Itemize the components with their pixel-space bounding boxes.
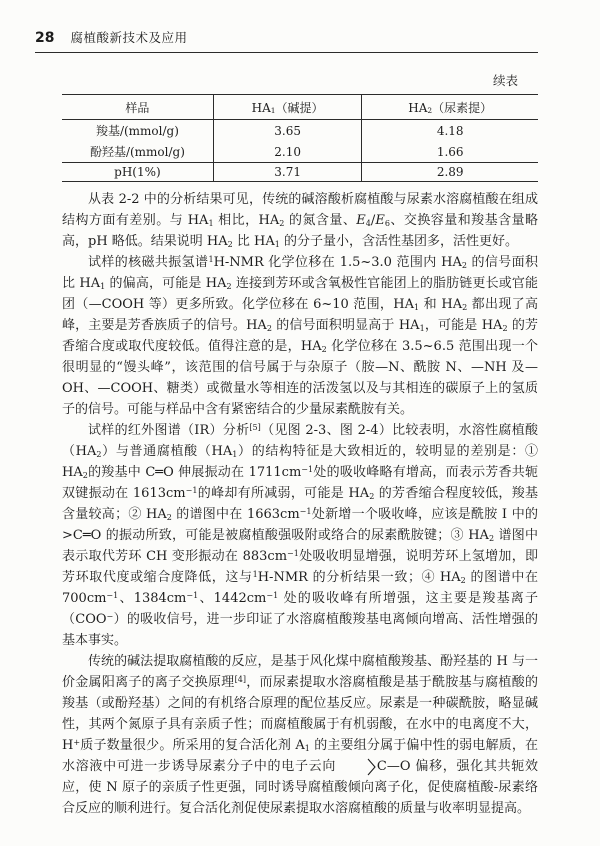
column-header-ha2: HA2（尿素提） [362, 95, 538, 120]
body-text: 从表 2-2 中的分析结果可见，传统的碱溶酸析腐植酸与尿素水溶腐植酸在组成结构方… [62, 189, 538, 819]
paragraph-ir-analysis: 试样的红外图谱（IR）分析[5]（见图 2-3、图 2-4）比较表明，水溶性腐植… [62, 420, 538, 651]
page-header: 28 腐植酸新技术及应用 [35, 28, 538, 53]
table-row-carboxyl: 羧基/(mmol/g) 3.65 4.18 [62, 120, 538, 142]
cell-value: 3.65 [213, 120, 362, 142]
row-label: 羧基/(mmol/g) [62, 120, 213, 142]
row-label: pH(1%) [62, 163, 213, 182]
cell-value: 2.89 [362, 163, 538, 182]
column-header-ha1: HA1（碱提） [213, 95, 362, 120]
row-label: 酚羟基/(mmol/g) [62, 141, 213, 163]
sample-analysis-table: 样品 HA1（碱提） HA2（尿素提） 羧基/(mmol/g) 3.65 4.1… [62, 94, 538, 182]
table-row-ph: pH(1%) 3.71 2.89 [62, 163, 538, 182]
column-header-sample: 样品 [62, 95, 213, 120]
cell-value: 4.18 [362, 120, 538, 142]
book-page: 28 腐植酸新技术及应用 续表 样品 HA1（碱提） HA2（尿素提） 羧基/(… [0, 0, 600, 846]
table-header-row: 样品 HA1（碱提） HA2（尿素提） [62, 95, 538, 120]
carbonyl-bond-structure: C—O [341, 756, 411, 777]
paragraph-analysis-summary: 从表 2-2 中的分析结果可见，传统的碱溶酸析腐植酸与尿素水溶腐植酸在组成结构方… [62, 189, 538, 252]
table-continuation-note: 续表 [62, 71, 538, 89]
cell-value: 1.66 [362, 141, 538, 163]
page-number: 28 [35, 30, 54, 46]
cell-value: 3.71 [213, 163, 362, 182]
book-title: 腐植酸新技术及应用 [70, 28, 187, 46]
table-row-phenolic-hydroxyl: 酚羟基/(mmol/g) 2.10 1.66 [62, 141, 538, 163]
page-content: 续表 样品 HA1（碱提） HA2（尿素提） 羧基/(mmol/g) 3.65 … [62, 71, 538, 819]
paragraph-nmr-analysis: 试样的核磁共振氢谱1H-NMR 化学位移在 1.5~3.0 范围内 HA2 的信… [62, 252, 538, 420]
paragraph-extraction-mechanism: 传统的碱法提取腐植酸的反应，是基于风化煤中腐植酸羧基、酚羟基的 H 与一价金属阳… [62, 651, 538, 819]
cell-value: 2.10 [213, 141, 362, 163]
